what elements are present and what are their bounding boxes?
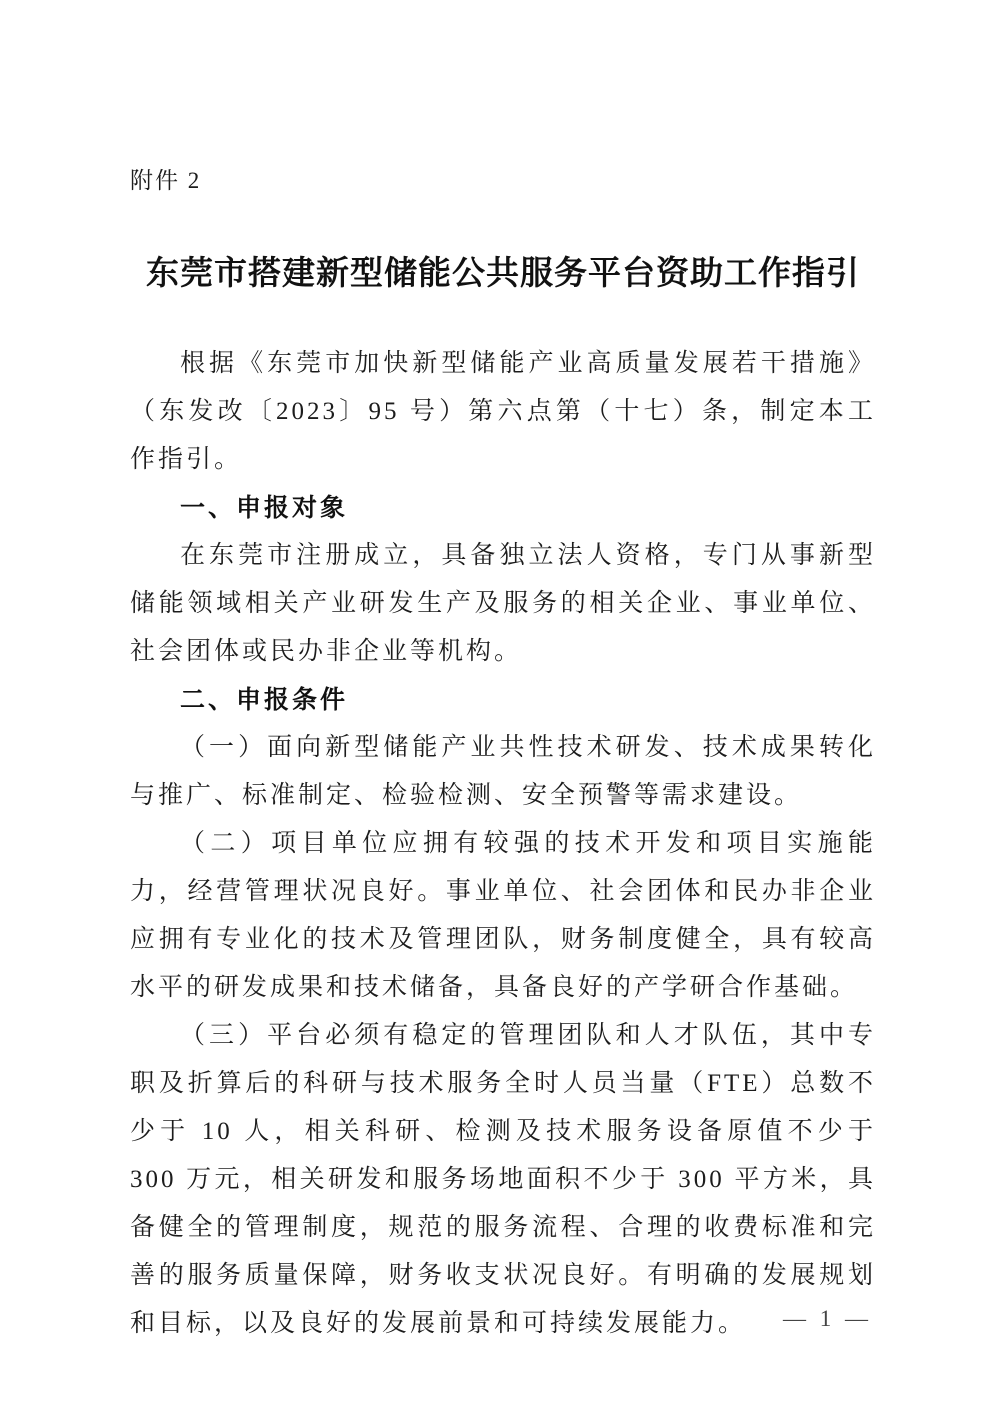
condition-clause-2-paragraph: （二）项目单位应拥有较强的技术开发和项目实施能力，经营管理状况良好。事业单位、社… (130, 820, 876, 1012)
section-heading-application-targets: 一、申报对象 (130, 484, 876, 532)
condition-clause-1-paragraph: （一）面向新型储能产业共性技术研发、技术成果转化与推广、标准制定、检验检测、安全… (130, 724, 876, 820)
intro-paragraph: 根据《东莞市加快新型储能产业高质量发展若干措施》（东发改〔2023〕95 号）第… (130, 340, 876, 484)
document-page: 附件 2 东莞市搭建新型储能公共服务平台资助工作指引 根据《东莞市加快新型储能产… (0, 0, 1000, 1414)
document-body: 根据《东莞市加快新型储能产业高质量发展若干措施》（东发改〔2023〕95 号）第… (130, 340, 876, 1348)
application-targets-paragraph: 在东莞市注册成立，具备独立法人资格，专门从事新型储能领域相关产业研发生产及服务的… (130, 532, 876, 676)
condition-clause-3-paragraph: （三）平台必须有稳定的管理团队和人才队伍，其中专职及折算后的科研与技术服务全时人… (130, 1012, 876, 1348)
page-number: — 1 — (783, 1306, 872, 1332)
attachment-label: 附件 2 (130, 166, 876, 196)
document-title: 东莞市搭建新型储能公共服务平台资助工作指引 (130, 252, 876, 294)
document-content: 附件 2 东莞市搭建新型储能公共服务平台资助工作指引 根据《东莞市加快新型储能产… (130, 166, 876, 1348)
section-heading-application-conditions: 二、申报条件 (130, 676, 876, 724)
